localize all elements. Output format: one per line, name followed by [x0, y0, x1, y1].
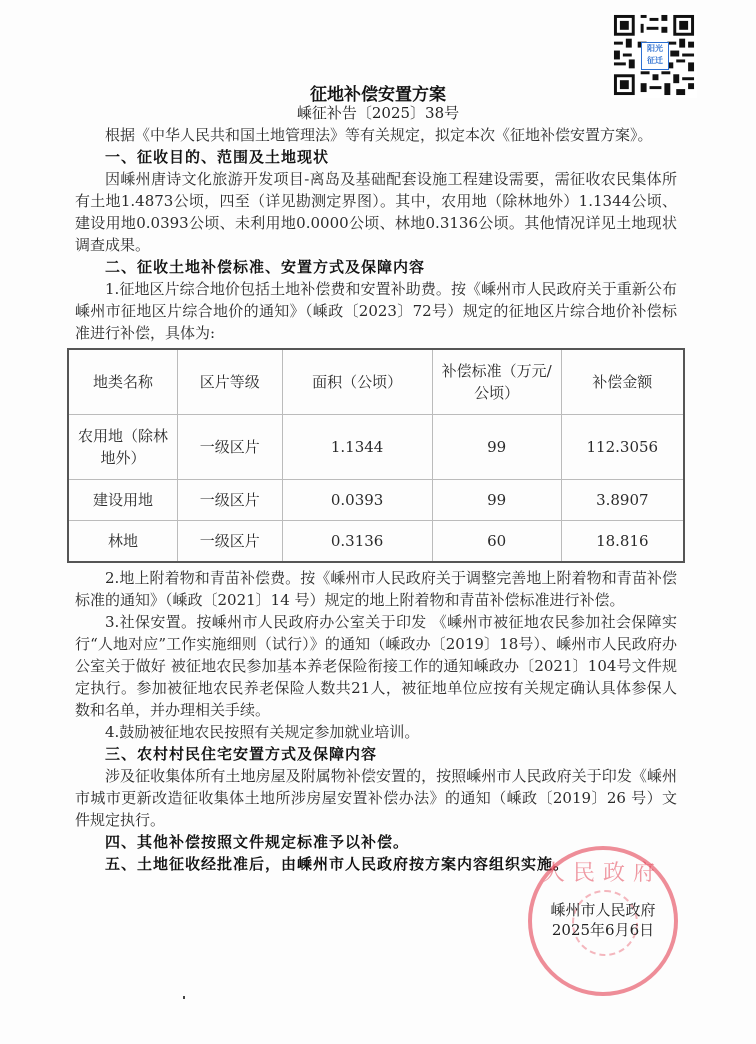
- document-number: 嵊征补告〔2025〕38号: [0, 102, 756, 123]
- table-cell: 一级区片: [178, 480, 283, 521]
- table-cell: 3.8907: [561, 480, 684, 521]
- table-cell: 一级区片: [178, 415, 283, 480]
- table-row: 林地 一级区片 0.3136 60 18.816: [68, 521, 684, 563]
- section-3-heading: 三、农村村民住宅安置方式及保障内容: [75, 743, 677, 765]
- scan-speck: [183, 996, 185, 999]
- intro-paragraph: 根据《中华人民共和国土地管理法》等有关规定，拟定本次《征地补偿安置方案》。: [75, 124, 677, 146]
- signature-block: 嵊州市人民政府 2025年6月6日: [528, 900, 678, 940]
- table-header: 补偿标准（万元/公顷）: [432, 349, 561, 415]
- table-cell: 建设用地: [68, 480, 178, 521]
- table-header: 补偿金额: [561, 349, 684, 415]
- signature-date: 2025年6月6日: [528, 920, 678, 940]
- table-cell: 0.0393: [282, 480, 432, 521]
- table-header-row: 地类名称 区片等级 面积（公顷） 补偿标准（万元/公顷） 补偿金额: [68, 349, 684, 415]
- table-header: 面积（公顷）: [282, 349, 432, 415]
- section-1-heading: 一、征收目的、范围及土地现状: [75, 146, 677, 168]
- section-2-item-2: 2.地上附着物和青苗补偿费。按《嵊州市人民政府关于调整完善地上附着物和青苗补偿标…: [75, 567, 677, 611]
- document-body: 根据《中华人民共和国土地管理法》等有关规定，拟定本次《征地补偿安置方案》。 一、…: [75, 124, 677, 875]
- section-1-text: 因嵊州唐诗文化旅游开发项目-离岛及基础配套设施工程建设需要，需征收农民集体所有土…: [75, 168, 677, 256]
- seal-text: 人民政府: [532, 856, 674, 887]
- table-cell: 一级区片: [178, 521, 283, 563]
- table-cell: 112.3056: [561, 415, 684, 480]
- table-row: 农用地（除林地外） 一级区片 1.1344 99 112.3056: [68, 415, 684, 480]
- section-3-text: 涉及征收集体所有土地房屋及附属物补偿安置的，按照嵊州市人民政府关于印发《嵊州市城…: [75, 765, 677, 831]
- section-2-heading: 二、征收土地补偿标准、安置方式及保障内容: [75, 256, 677, 278]
- table-header: 区片等级: [178, 349, 283, 415]
- compensation-table: 地类名称 区片等级 面积（公顷） 补偿标准（万元/公顷） 补偿金额 农用地（除林…: [67, 348, 685, 563]
- table-cell: 0.3136: [282, 521, 432, 563]
- signature-org: 嵊州市人民政府: [528, 900, 678, 920]
- table-cell: 60: [432, 521, 561, 563]
- table-cell: 99: [432, 415, 561, 480]
- table-cell: 农用地（除林地外）: [68, 415, 178, 480]
- table-row: 建设用地 一级区片 0.0393 99 3.8907: [68, 480, 684, 521]
- table-cell: 1.1344: [282, 415, 432, 480]
- table-cell: 18.816: [561, 521, 684, 563]
- section-2-item-3: 3.社保安置。按嵊州市人民政府办公室关于印发 《嵊州市被征地农民参加社会保障实行…: [75, 611, 677, 721]
- section-2-item-4: 4.鼓励被征地农民按照有关规定参加就业培训。: [75, 721, 677, 743]
- qr-logo: 阳光 征迁: [641, 42, 669, 70]
- section-2-item-1: 1.征地区片综合地价包括土地补偿费和安置补助费。按《嵊州市人民政府关于重新公布嵊…: [75, 278, 677, 344]
- table-cell: 林地: [68, 521, 178, 563]
- table-cell: 99: [432, 480, 561, 521]
- table-header: 地类名称: [68, 349, 178, 415]
